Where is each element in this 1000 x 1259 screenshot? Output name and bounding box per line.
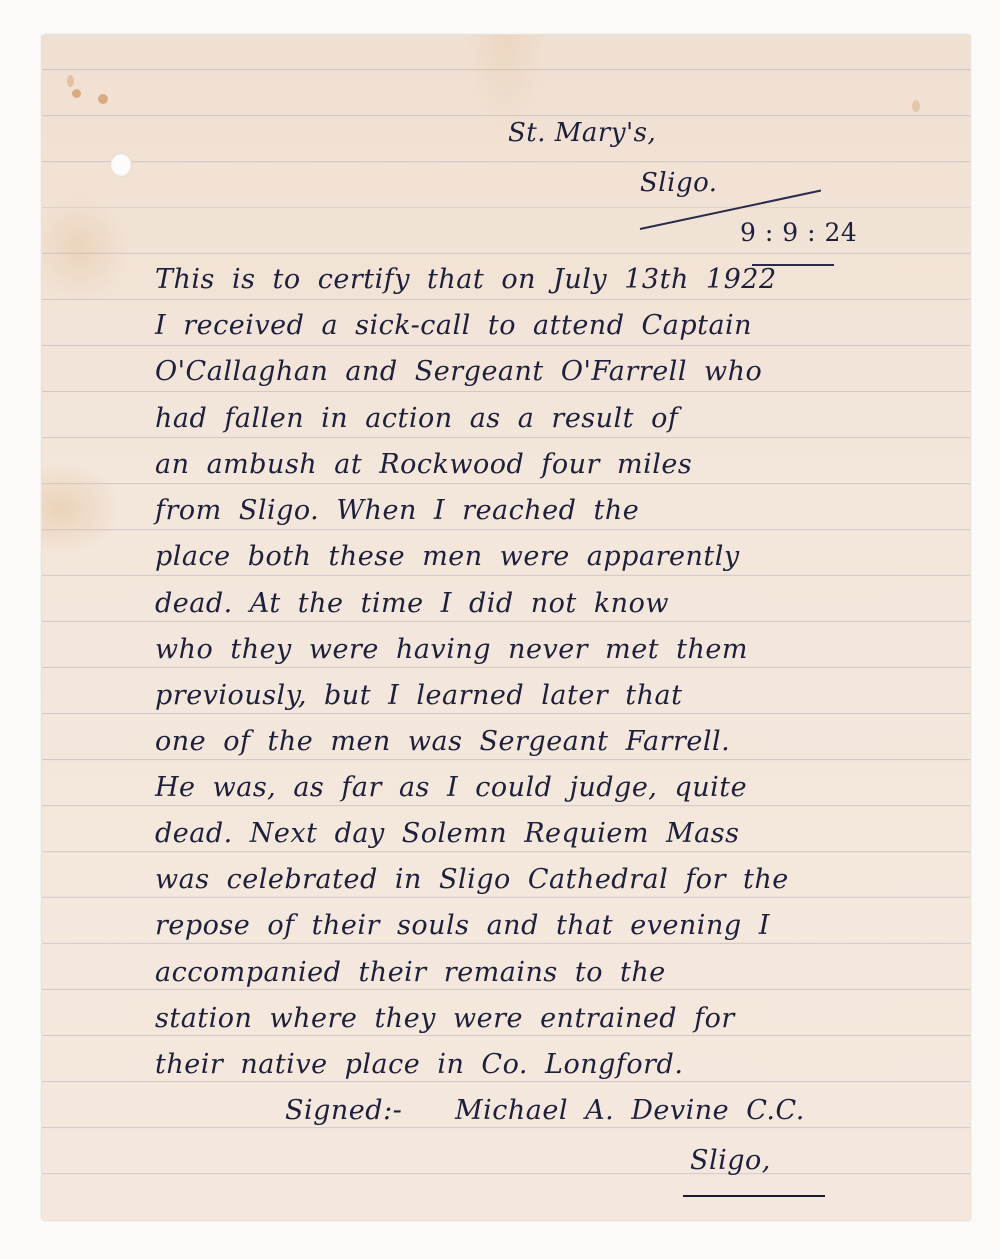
signed-label: Signed:-	[285, 1095, 402, 1126]
address-line-1: St. Mary's,	[508, 118, 656, 148]
body-line: I received a sick-call to attend Captain	[155, 310, 752, 341]
body-line: who they were having never met them	[155, 634, 748, 665]
signature-underline	[683, 1195, 825, 1197]
body-line: had fallen in action as a result of	[155, 403, 678, 434]
body-line: one of the men was Sergeant Farrell.	[155, 726, 730, 757]
signatory-name: Michael A. Devine C.C.	[455, 1095, 805, 1126]
rust-spot	[912, 100, 920, 112]
body-line: station where they were entrained for	[155, 1003, 735, 1034]
body-line: previously, but I learned later that	[155, 680, 682, 711]
body-line: accompanied their remains to the	[155, 957, 666, 988]
body-line: He was, as far as I could judge, quite	[155, 772, 747, 803]
body-line: place both these men were apparently	[155, 541, 740, 572]
body-line: dead. Next day Solemn Requiem Mass	[155, 818, 739, 849]
body-line: their native place in Co. Longford.	[155, 1049, 683, 1080]
body-line: was celebrated in Sligo Cathedral for th…	[155, 864, 789, 895]
ruled-lines	[42, 35, 970, 1220]
address-line-2: Sligo.	[640, 168, 718, 198]
rust-spot	[72, 89, 81, 98]
body-line: from Sligo. When I reached the	[155, 495, 639, 526]
body-line: an ambush at Rockwood four miles	[155, 449, 692, 480]
letter-date: 9 : 9 : 24	[740, 218, 857, 247]
letter-paper	[42, 35, 970, 1220]
body-line: dead. At the time I did not know	[155, 588, 669, 619]
body-line: O'Callaghan and Sergeant O'Farrell who	[155, 356, 762, 387]
rust-spot	[98, 94, 108, 104]
body-line: This is to certify that on July 13th 192…	[155, 264, 777, 295]
punch-hole	[110, 153, 132, 177]
signature-location: Sligo,	[690, 1145, 771, 1176]
rust-spot	[67, 75, 74, 87]
body-line: repose of their souls and that evening I	[155, 910, 770, 941]
